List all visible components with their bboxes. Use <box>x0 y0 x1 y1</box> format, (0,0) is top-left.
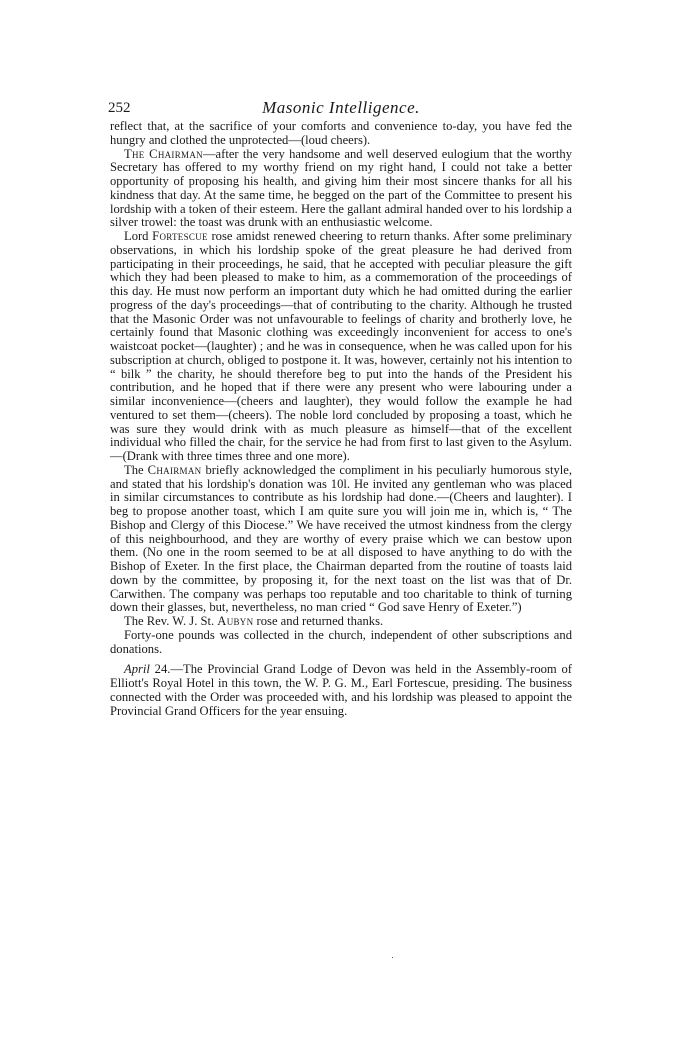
speaker-name: Chairman <box>148 463 202 477</box>
paragraph-aubyn: The Rev. W. J. St. Aubyn rose and return… <box>110 615 572 629</box>
paragraph-continuation: reflect that, at the sacrifice of your c… <box>110 120 572 148</box>
page-header: 252 Masonic Intelligence. <box>110 96 572 120</box>
article-body: reflect that, at the sacrifice of your c… <box>110 120 572 718</box>
paragraph-chairman-toast: The Chairman—after the very handsome and… <box>110 148 572 231</box>
paragraph-collection: Forty-one pounds was collected in the ch… <box>110 629 572 657</box>
date-label: April <box>124 662 150 676</box>
paragraph-april-lodge: April 24.—The Provincial Grand Lodge of … <box>110 663 572 718</box>
speaker-name: The Chairman <box>124 147 203 161</box>
print-speck <box>392 957 393 958</box>
speaker-name: Aubyn <box>217 614 253 628</box>
speaker-name: Fortescue <box>152 229 208 243</box>
running-title: Masonic Intelligence. <box>110 98 572 118</box>
paragraph-fortescue-reply: Lord Fortescue rose amidst renewed cheer… <box>110 230 572 464</box>
paragraph-chairman-bishop-toast: The Chairman briefly acknowledged the co… <box>110 464 572 615</box>
document-page: 252 Masonic Intelligence. reflect that, … <box>110 96 572 718</box>
